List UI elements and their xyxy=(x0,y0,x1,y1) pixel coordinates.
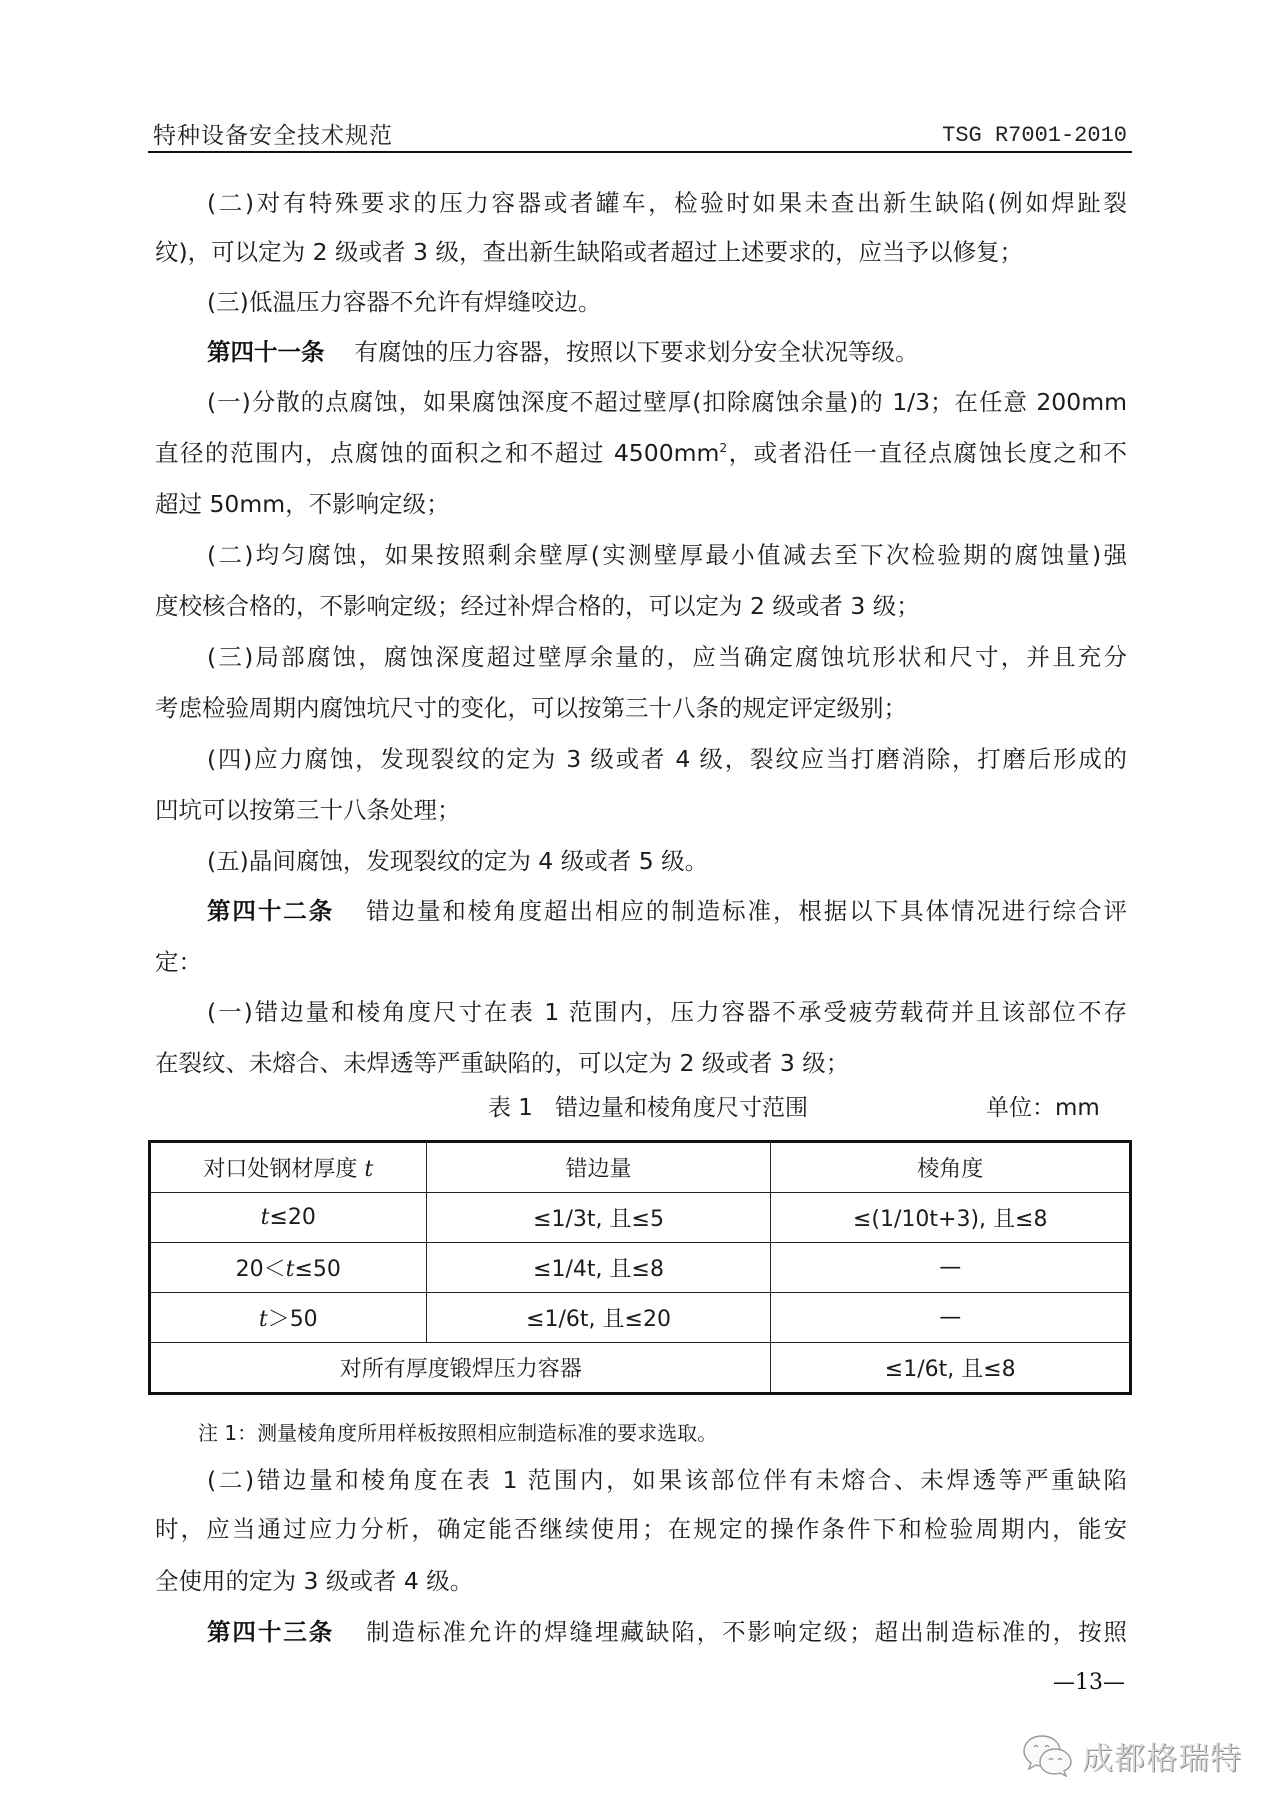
table-note: 注 1：测量棱角度所用样板按照相应制造标准的要求选取。 xyxy=(198,1418,717,1448)
header-label: 对口处钢材厚度 xyxy=(203,1157,364,1182)
table-unit: 单位：mm xyxy=(986,1092,1100,1124)
article-41-heading: 第四十一条有腐蚀的压力容器，按照以下要求划分安全状况等级。 xyxy=(207,335,1127,369)
cell-misalignment: ≤1/3t, 且≤5 xyxy=(426,1193,771,1243)
paragraph-line: 凹坑可以按第三十八条处理； xyxy=(155,793,1127,827)
cell-text: ≤50 xyxy=(294,1257,340,1282)
cell-angularity: ≤1/6t, 且≤8 xyxy=(771,1343,1131,1394)
cell-angularity: — xyxy=(771,1293,1131,1343)
paragraph-line: 度校核合格的，不影响定级；经过补焊合格的，可以定为 2 级或者 3 级； xyxy=(155,589,1127,623)
table-title: 错边量和棱角度尺寸范围 xyxy=(555,1095,808,1121)
cell-thickness: 20＜t≤50 xyxy=(150,1243,427,1293)
paragraph-line: (四)应力腐蚀，发现裂纹的定为 3 级或者 4 级，裂纹应当打磨消除，打磨后形成… xyxy=(207,742,1127,776)
paragraph-line: 在裂纹、未熔合、未焊透等严重缺陷的，可以定为 2 级或者 3 级； xyxy=(155,1046,1127,1080)
cell-misalignment: ≤1/6t, 且≤20 xyxy=(426,1293,771,1343)
variable-t: t xyxy=(364,1157,373,1182)
superscript: 2 xyxy=(719,441,727,455)
paragraph-line: (一)分散的点腐蚀，如果腐蚀深度不超过壁厚(扣除腐蚀余量)的 1/3；在任意 2… xyxy=(207,385,1127,419)
header-misalignment: 错边量 xyxy=(426,1142,771,1193)
article-42-text: 错边量和棱角度超出相应的制造标准，根据以下具体情况进行综合评 xyxy=(364,897,1127,925)
table-row: t＞50 ≤1/6t, 且≤20 — xyxy=(150,1293,1131,1343)
text-span: 直径的范围内，点腐蚀的面积之和不超过 4500mm xyxy=(155,439,719,467)
page-number: —13— xyxy=(1053,1668,1125,1698)
cell-misalignment: ≤1/4t, 且≤8 xyxy=(426,1243,771,1293)
paragraph-line: 考虑检验周期内腐蚀坑尺寸的变化，可以按第三十八条的规定评定级别； xyxy=(155,691,1127,725)
article-43-title: 第四十三条 xyxy=(207,1618,334,1646)
header-rule xyxy=(148,151,1132,153)
paragraph-line: (三)低温压力容器不允许有焊缝咬边。 xyxy=(207,285,1127,319)
cell-thickness: t＞50 xyxy=(150,1293,427,1343)
paragraph-line: 纹)，可以定为 2 级或者 3 级，查出新生缺陷或者超过上述要求的，应当予以修复… xyxy=(155,235,1127,269)
cell-text: 20＜ xyxy=(236,1257,286,1282)
paragraph-line: (二)均匀腐蚀，如果按照剩余壁厚(实测壁厚最小值减去至下次检验期的腐蚀量)强 xyxy=(207,538,1127,572)
table-caption: 表 1错边量和棱角度尺寸范围 xyxy=(488,1092,808,1124)
cell-angularity: ≤(1/10t+3), 且≤8 xyxy=(771,1193,1131,1243)
paragraph-line: (二)对有特殊要求的压力容器或者罐车，检验时如果未查出新生缺陷(例如焊趾裂 xyxy=(207,186,1127,220)
cell-text: ≤20 xyxy=(269,1205,315,1230)
paragraph-line: 时，应当通过应力分析，确定能否继续使用；在规定的操作条件下和检验周期内，能安 xyxy=(155,1512,1127,1546)
watermark-text: 成都格瑞特 xyxy=(1082,1733,1242,1778)
cell-angularity: — xyxy=(771,1243,1131,1293)
document-page: 特种设备安全技术规范 TSG R7001-2010 (二)对有特殊要求的压力容器… xyxy=(0,0,1280,1810)
paragraph-line: (一)错边量和棱角度尺寸在表 1 范围内，压力容器不承受疲劳载荷并且该部位不存 xyxy=(207,995,1127,1029)
article-41-text: 有腐蚀的压力容器，按照以下要求划分安全状况等级。 xyxy=(355,338,919,366)
text-span: ，或者沿任一直径点腐蚀长度之和不 xyxy=(727,439,1127,467)
article-43-heading: 第四十三条制造标准允许的焊缝埋藏缺陷，不影响定级；超出制造标准的，按照 xyxy=(207,1615,1127,1649)
cell-forged-label: 对所有厚度锻焊压力容器 xyxy=(150,1343,771,1394)
article-42-title: 第四十二条 xyxy=(207,897,334,925)
table-row: t≤20 ≤1/3t, 且≤5 ≤(1/10t+3), 且≤8 xyxy=(150,1193,1131,1243)
paragraph-line: (五)晶间腐蚀，发现裂纹的定为 4 级或者 5 级。 xyxy=(207,844,1127,878)
watermark: 成都格瑞特 xyxy=(1022,1730,1242,1780)
article-41-title: 第四十一条 xyxy=(207,338,325,366)
header-angularity: 棱角度 xyxy=(771,1142,1131,1193)
table-header-row: 对口处钢材厚度 t 错边量 棱角度 xyxy=(150,1142,1131,1193)
cell-text: ＞50 xyxy=(268,1307,318,1332)
paragraph-line: (三)局部腐蚀，腐蚀深度超过壁厚余量的，应当确定腐蚀坑形状和尺寸，并且充分 xyxy=(207,640,1127,674)
header-title: 特种设备安全技术规范 xyxy=(153,122,393,150)
table-row: 20＜t≤50 ≤1/4t, 且≤8 — xyxy=(150,1243,1131,1293)
wechat-icon xyxy=(1022,1733,1074,1777)
paragraph-line: 全使用的定为 3 级或者 4 级。 xyxy=(155,1564,1127,1598)
header-thickness: 对口处钢材厚度 t xyxy=(150,1142,427,1193)
variable-t: t xyxy=(259,1307,268,1332)
paragraph-line: 定： xyxy=(155,945,1127,979)
cell-thickness: t≤20 xyxy=(150,1193,427,1243)
article-43-text: 制造标准允许的焊缝埋藏缺陷，不影响定级；超出制造标准的，按照 xyxy=(364,1618,1127,1646)
header-standard-code: TSG R7001-2010 xyxy=(942,122,1127,150)
paragraph-line: 直径的范围内，点腐蚀的面积之和不超过 4500mm2，或者沿任一直径点腐蚀长度之… xyxy=(155,436,1127,470)
misalignment-table: 对口处钢材厚度 t 错边量 棱角度 t≤20 ≤1/3t, 且≤5 ≤(1/10… xyxy=(148,1140,1132,1395)
article-42-heading: 第四十二条错边量和棱角度超出相应的制造标准，根据以下具体情况进行综合评 xyxy=(207,894,1127,928)
table-row-forged: 对所有厚度锻焊压力容器 ≤1/6t, 且≤8 xyxy=(150,1343,1131,1394)
table-number: 表 1 xyxy=(488,1095,533,1121)
paragraph-line: (二)错边量和棱角度在表 1 范围内，如果该部位伴有未熔合、未焊透等严重缺陷 xyxy=(207,1463,1127,1497)
paragraph-line: 超过 50mm，不影响定级； xyxy=(155,487,1127,521)
